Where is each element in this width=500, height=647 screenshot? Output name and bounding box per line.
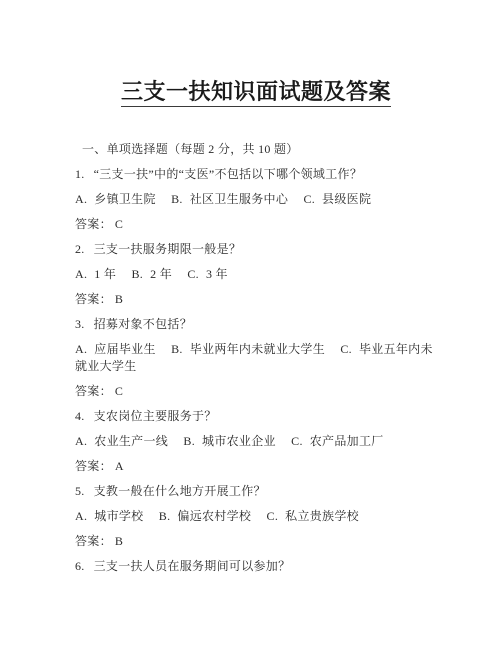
question-line: 5.支教一般在什么地方开展工作？ <box>75 483 437 500</box>
section-heading: 一、单项选择题（每题 2 分，共 10 题） <box>75 141 437 158</box>
question-text: “三支一扶”中的“支医”不包括以下哪个领域工作？ <box>94 167 363 181</box>
question-block: 6.三支一扶人员在服务期间可以参加？ <box>75 558 437 575</box>
question-number: 6. <box>75 559 85 573</box>
answer-value: B <box>115 534 123 548</box>
option-b: B.偏远农村学校 <box>159 509 251 523</box>
option-c: C.私立贵族学校 <box>267 509 359 523</box>
option-b: B.2 年 <box>132 267 173 281</box>
option-b: B.毕业两年内未就业大学生 <box>171 342 325 356</box>
option-text: 乡镇卫生院 <box>94 192 156 206</box>
question-text: 支农岗位主要服务于？ <box>94 409 217 423</box>
question-text: 招募对象不包括？ <box>94 317 192 331</box>
option-label: B. <box>183 434 195 448</box>
option-text: 城市农业企业 <box>202 434 276 448</box>
option-a: A.乡镇卫生院 <box>75 192 156 206</box>
answer-label: 答案： <box>75 292 112 306</box>
document-title-row: 三支一扶知识面试题及答案 <box>75 78 437 107</box>
option-label: A. <box>75 192 87 206</box>
option-label: C. <box>187 267 199 281</box>
answer-label: 答案： <box>75 217 112 231</box>
answer-line: 答案：B <box>75 291 437 308</box>
question-line: 6.三支一扶人员在服务期间可以参加？ <box>75 558 437 575</box>
question-line: 2.三支一扶服务期限一般是？ <box>75 241 437 258</box>
options-line: A.城市学校 B.偏远农村学校 C.私立贵族学校 <box>75 508 437 525</box>
question-line: 1.“三支一扶”中的“支医”不包括以下哪个领域工作？ <box>75 166 437 183</box>
question-number: 5. <box>75 484 85 498</box>
question-number: 1. <box>75 167 85 181</box>
option-text: 私立贵族学校 <box>285 509 359 523</box>
option-text: 城市学校 <box>94 509 143 523</box>
options-line: A.乡镇卫生院 B.社区卫生服务中心 C.县级医院 <box>75 191 437 208</box>
question-block: 1.“三支一扶”中的“支医”不包括以下哪个领域工作？ A.乡镇卫生院 B.社区卫… <box>75 166 437 233</box>
options-line: A.1 年 B.2 年 C.3 年 <box>75 266 437 283</box>
answer-label: 答案： <box>75 384 112 398</box>
option-b: B.城市农业企业 <box>183 434 275 448</box>
question-number: 4. <box>75 409 85 423</box>
option-label: A. <box>75 434 87 448</box>
answer-line: 答案：A <box>75 458 437 475</box>
option-text: 3 年 <box>206 267 228 281</box>
option-text: 1 年 <box>94 267 116 281</box>
option-a: A.应届毕业生 <box>75 342 156 356</box>
question-block: 4.支农岗位主要服务于？ A.农业生产一线 B.城市农业企业 C.农产品加工厂 … <box>75 408 437 475</box>
options-line: A.农业生产一线 B.城市农业企业 C.农产品加工厂 <box>75 433 437 450</box>
option-a: A.1 年 <box>75 267 116 281</box>
answer-line: 答案：B <box>75 533 437 550</box>
option-text: 县级医院 <box>322 192 371 206</box>
answer-line: 答案：C <box>75 216 437 233</box>
answer-value: A <box>115 459 124 473</box>
question-text: 三支一扶人员在服务期间可以参加？ <box>94 559 291 573</box>
option-label: A. <box>75 267 87 281</box>
option-a: A.城市学校 <box>75 509 143 523</box>
question-block: 2.三支一扶服务期限一般是？ A.1 年 B.2 年 C.3 年 答案：B <box>75 241 437 308</box>
option-b: B.社区卫生服务中心 <box>171 192 288 206</box>
option-label: B. <box>171 192 183 206</box>
option-label: C. <box>303 192 315 206</box>
question-line: 3.招募对象不包括？ <box>75 316 437 333</box>
question-block: 3.招募对象不包括？ A.应届毕业生 B.毕业两年内未就业大学生 C.毕业五年内… <box>75 316 437 400</box>
option-label: C. <box>267 509 279 523</box>
question-text: 支教一般在什么地方开展工作？ <box>94 484 266 498</box>
option-label: B. <box>159 509 171 523</box>
option-label: C. <box>291 434 303 448</box>
document-title: 三支一扶知识面试题及答案 <box>121 78 391 107</box>
question-number: 2. <box>75 242 85 256</box>
option-label: C. <box>340 342 352 356</box>
option-text: 2 年 <box>150 267 172 281</box>
option-text: 农产品加工厂 <box>310 434 384 448</box>
option-label: A. <box>75 342 87 356</box>
option-text: 农业生产一线 <box>94 434 168 448</box>
options-line: A.应届毕业生 B.毕业两年内未就业大学生 C.毕业五年内未就业大学生 <box>75 341 437 375</box>
option-text: 偏远农村学校 <box>177 509 251 523</box>
option-a: A.农业生产一线 <box>75 434 168 448</box>
answer-label: 答案： <box>75 459 112 473</box>
answer-value: C <box>115 384 123 398</box>
question-text: 三支一扶服务期限一般是？ <box>94 242 242 256</box>
answer-line: 答案：C <box>75 383 437 400</box>
document-page: 三支一扶知识面试题及答案 一、单项选择题（每题 2 分，共 10 题） 1.“三… <box>0 0 500 647</box>
option-label: A. <box>75 509 87 523</box>
option-c: C.农产品加工厂 <box>291 434 383 448</box>
answer-value: B <box>115 292 123 306</box>
option-label: B. <box>171 342 183 356</box>
option-text: 毕业两年内未就业大学生 <box>190 342 325 356</box>
option-label: B. <box>132 267 144 281</box>
question-line: 4.支农岗位主要服务于？ <box>75 408 437 425</box>
option-text: 社区卫生服务中心 <box>190 192 288 206</box>
answer-label: 答案： <box>75 534 112 548</box>
option-c: C.县级医院 <box>303 192 371 206</box>
question-block: 5.支教一般在什么地方开展工作？ A.城市学校 B.偏远农村学校 C.私立贵族学… <box>75 483 437 550</box>
document-body: 一、单项选择题（每题 2 分，共 10 题） 1.“三支一扶”中的“支医”不包括… <box>75 141 437 575</box>
answer-value: C <box>115 217 123 231</box>
option-c: C.3 年 <box>187 267 228 281</box>
option-text: 应届毕业生 <box>94 342 156 356</box>
question-number: 3. <box>75 317 85 331</box>
